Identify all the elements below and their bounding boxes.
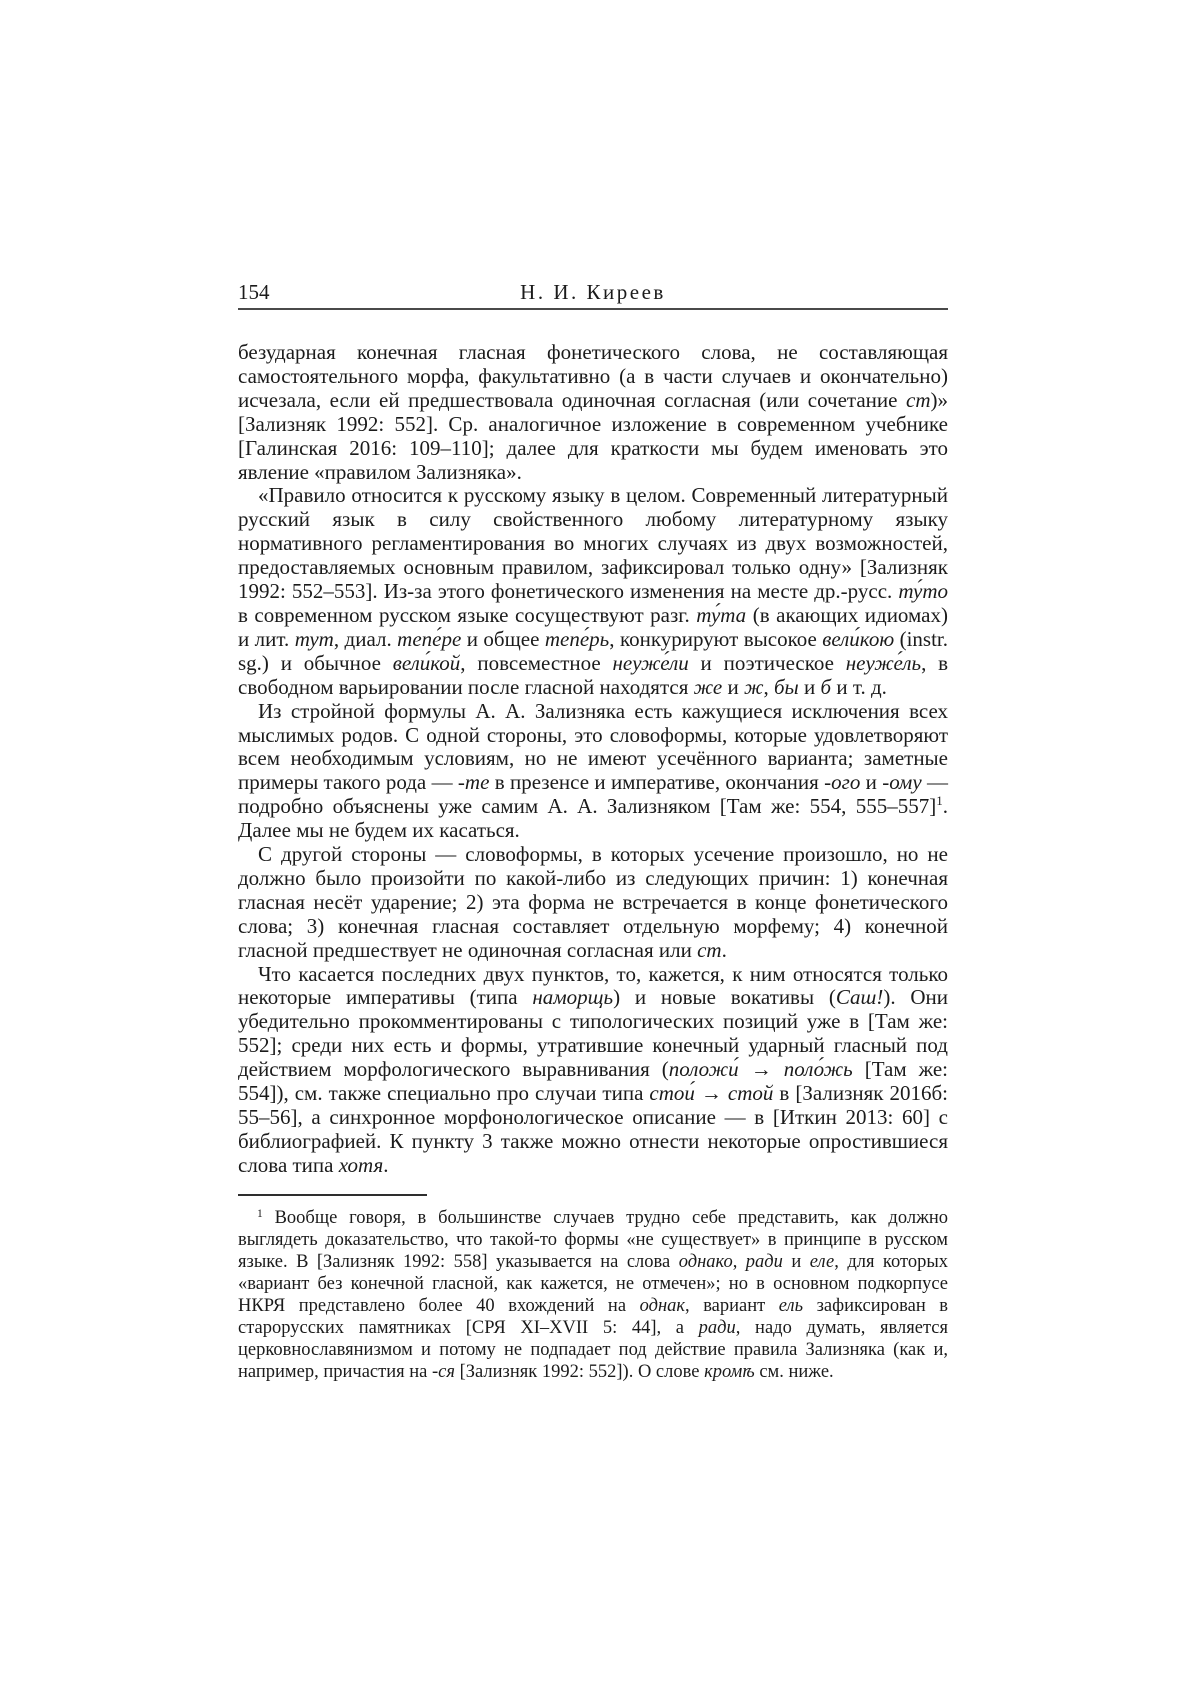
text-block: 154 Н. И. Киреев безударная конечная гла… [238,280,948,1383]
text-run: и поэтическое [689,651,846,675]
italic-term: ту́то [898,579,948,603]
italic-term: -ся [432,1362,455,1382]
italic-term: стой [728,1081,774,1105]
text-run: «Правило относится к русскому языку в це… [238,483,948,603]
text-run: безударная конечная гласная фонетическог… [238,340,948,412]
text-run: С другой стороны — словоформы, в которых… [238,842,948,962]
text-run: , [764,675,775,699]
text-run: и т. д. [831,675,887,699]
italic-term: кромѣ [704,1362,755,1382]
text-run: ) и новые вокативы ( [613,985,836,1009]
italic-term: бы [774,675,799,699]
body-text: безударная конечная гласная фонетическог… [238,341,948,1178]
body-paragraph: Из стройной формулы А. А. Зализняка есть… [238,700,948,843]
italic-term: наморщь [532,985,613,1009]
italic-term: однако [679,1252,733,1272]
text-run: и [722,675,744,699]
text-run: в современном русском языке сосуществуют… [238,603,696,627]
italic-term: положи́ [669,1057,739,1081]
text-run: и [799,675,821,699]
italic-term: ст [697,938,722,962]
text-run: , повсеместное [460,651,612,675]
text-run: , конкурируют высокое [609,627,822,651]
italic-term: -ого [824,770,860,794]
italic-term: же [694,675,723,699]
italic-term: хотя [339,1153,383,1177]
italic-term: ради [699,1318,736,1338]
text-run: в презенсе и императиве, окончания [489,770,824,794]
italic-term: поло́жь [784,1057,853,1081]
text-run: → [739,1057,784,1081]
italic-term: Саш! [836,985,884,1009]
italic-term: ель [779,1296,803,1316]
italic-term: вели́кою [822,627,894,651]
italic-term: ту́та [696,603,746,627]
italic-term: тепе́рь [545,627,609,651]
footnote-marker: 1 [257,1208,263,1220]
text-run: [Зализняк 1992: 552]). О слове [455,1362,704,1382]
footnote-reference: 1 [936,793,943,808]
footnote-paragraph: 1 Вообще говоря, в большинстве случаев т… [238,1207,948,1383]
italic-term: ж [744,675,764,699]
text-run: и [860,770,882,794]
italic-term: стои́ [649,1081,695,1105]
text-run: . [383,1153,388,1177]
italic-term: тут [295,627,334,651]
text-run: , [733,1252,746,1272]
text-run: , вариант [685,1296,779,1316]
footnote: 1 Вообще говоря, в большинстве случаев т… [238,1207,948,1383]
text-run: и [783,1252,810,1272]
italic-term: неуже́ли [613,651,689,675]
italic-term: -те [458,770,489,794]
document-page: 154 Н. И. Киреев безударная конечная гла… [0,0,1200,1698]
italic-term: б [821,675,832,699]
body-paragraph: безударная конечная гласная фонетическог… [238,341,948,484]
text-run: см. ниже. [755,1362,834,1382]
footnote-separator [238,1194,427,1196]
italic-term: ради [746,1252,783,1272]
text-run: . [722,938,727,962]
italic-term: однак [640,1296,685,1316]
italic-term: -ому [882,770,921,794]
running-head: 154 Н. И. Киреев [238,280,948,310]
italic-term: вели́кой [393,651,461,675]
body-paragraph: Что касается последних двух пунктов, то,… [238,963,948,1178]
body-paragraph: С другой стороны — словоформы, в которых… [238,843,948,963]
running-head-author: Н. И. Киреев [238,280,948,304]
body-paragraph: «Правило относится к русскому языку в це… [238,484,948,699]
text-run: → [695,1081,728,1105]
text-run: и общее [461,627,545,651]
italic-term: еле [810,1252,835,1272]
italic-term: неуже́ль [846,651,921,675]
text-run: , диал. [334,627,397,651]
italic-term: ст [906,388,931,412]
italic-term: тепе́ре [397,627,461,651]
